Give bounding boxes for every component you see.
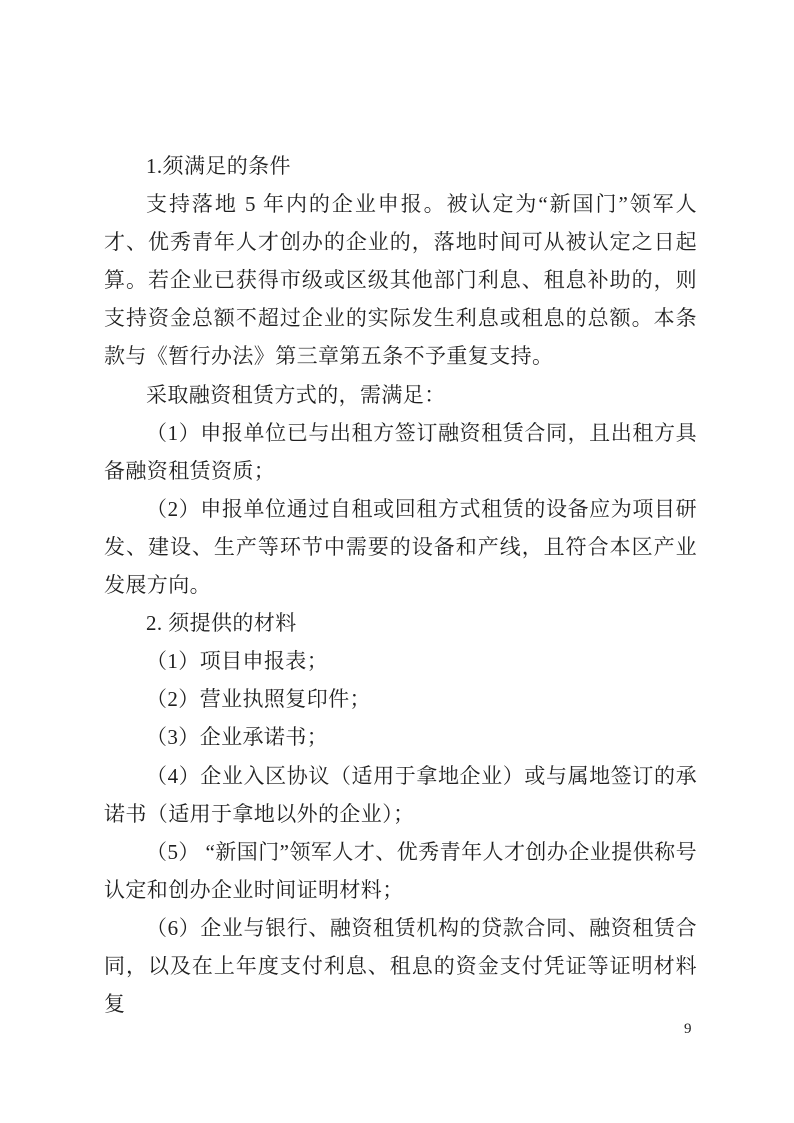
section-1-heading: 1.须满足的条件 — [104, 147, 697, 185]
leasing-requirements-intro: 采取融资租赁方式的，需满足： — [104, 376, 697, 414]
material-item-3: （3）企业承诺书； — [104, 718, 697, 756]
material-item-4: （4）企业入区协议（适用于拿地企业）或与属地签订的承诺书（适用于拿地以外的企业）… — [104, 757, 697, 833]
material-item-2: （2）营业执照复印件； — [104, 680, 697, 718]
section-1-conditions: 支持落地 5 年内的企业申报。被认定为“新国门”领军人才、优秀青年人才创办的企业… — [104, 185, 697, 375]
leasing-requirement-1: （1）申报单位已与出租方签订融资租赁合同，且出租方具备融资租赁资质； — [104, 414, 697, 490]
material-item-5: （5） “新国门”领军人才、优秀青年人才创办企业提供称号认定和创办企业时间证明材… — [104, 833, 697, 909]
document-body: 1.须满足的条件 支持落地 5 年内的企业申报。被认定为“新国门”领军人才、优秀… — [104, 147, 697, 1023]
page-number: 9 — [684, 1017, 692, 1041]
material-item-6: （6）企业与银行、融资租赁机构的贷款合同、融资租赁合同，以及在上年度支付利息、租… — [104, 909, 697, 1023]
material-item-1: （1）项目申报表； — [104, 642, 697, 680]
leasing-requirement-2: （2）申报单位通过自租或回租方式租赁的设备应为项目研发、建设、生产等环节中需要的… — [104, 490, 697, 604]
page-footer: 9 — [0, 1017, 794, 1041]
section-2-heading: 2. 须提供的材料 — [104, 604, 697, 642]
document-page: 1.须满足的条件 支持落地 5 年内的企业申报。被认定为“新国门”领军人才、优秀… — [0, 0, 794, 1123]
